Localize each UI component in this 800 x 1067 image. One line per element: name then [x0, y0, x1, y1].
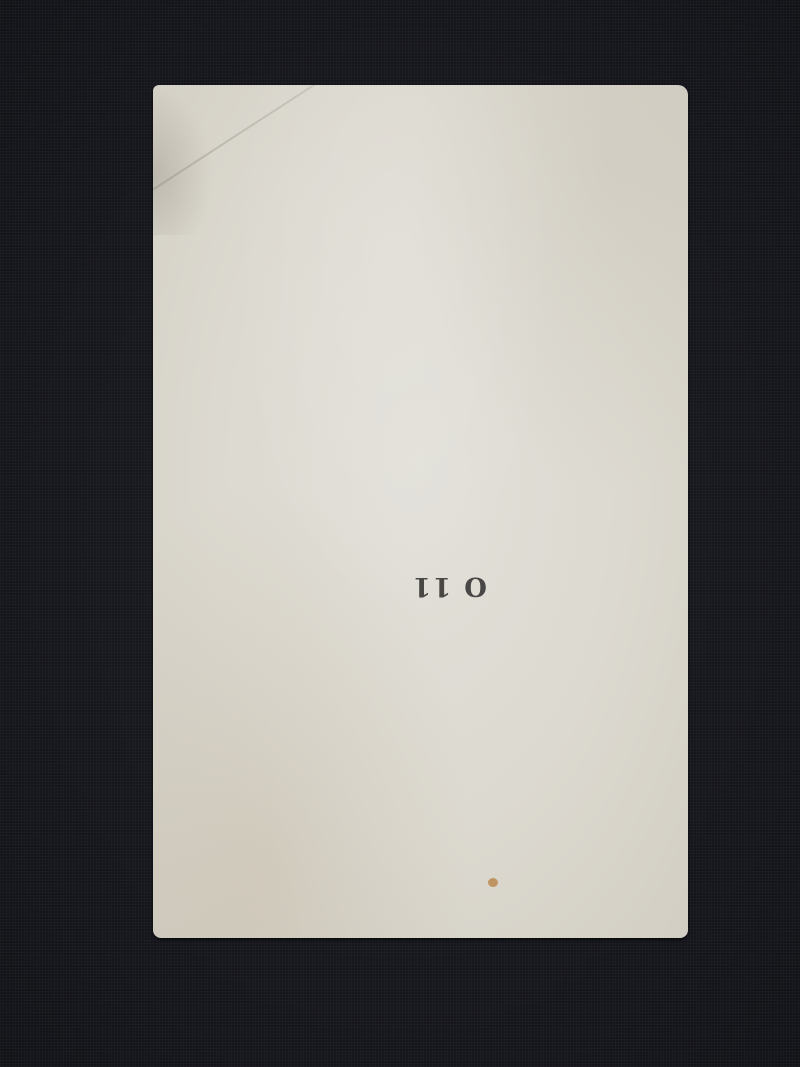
stamp-number: O 11	[411, 571, 487, 601]
card-back: O 11	[153, 85, 688, 938]
stain-spot	[488, 878, 498, 887]
corner-wear	[153, 85, 213, 235]
